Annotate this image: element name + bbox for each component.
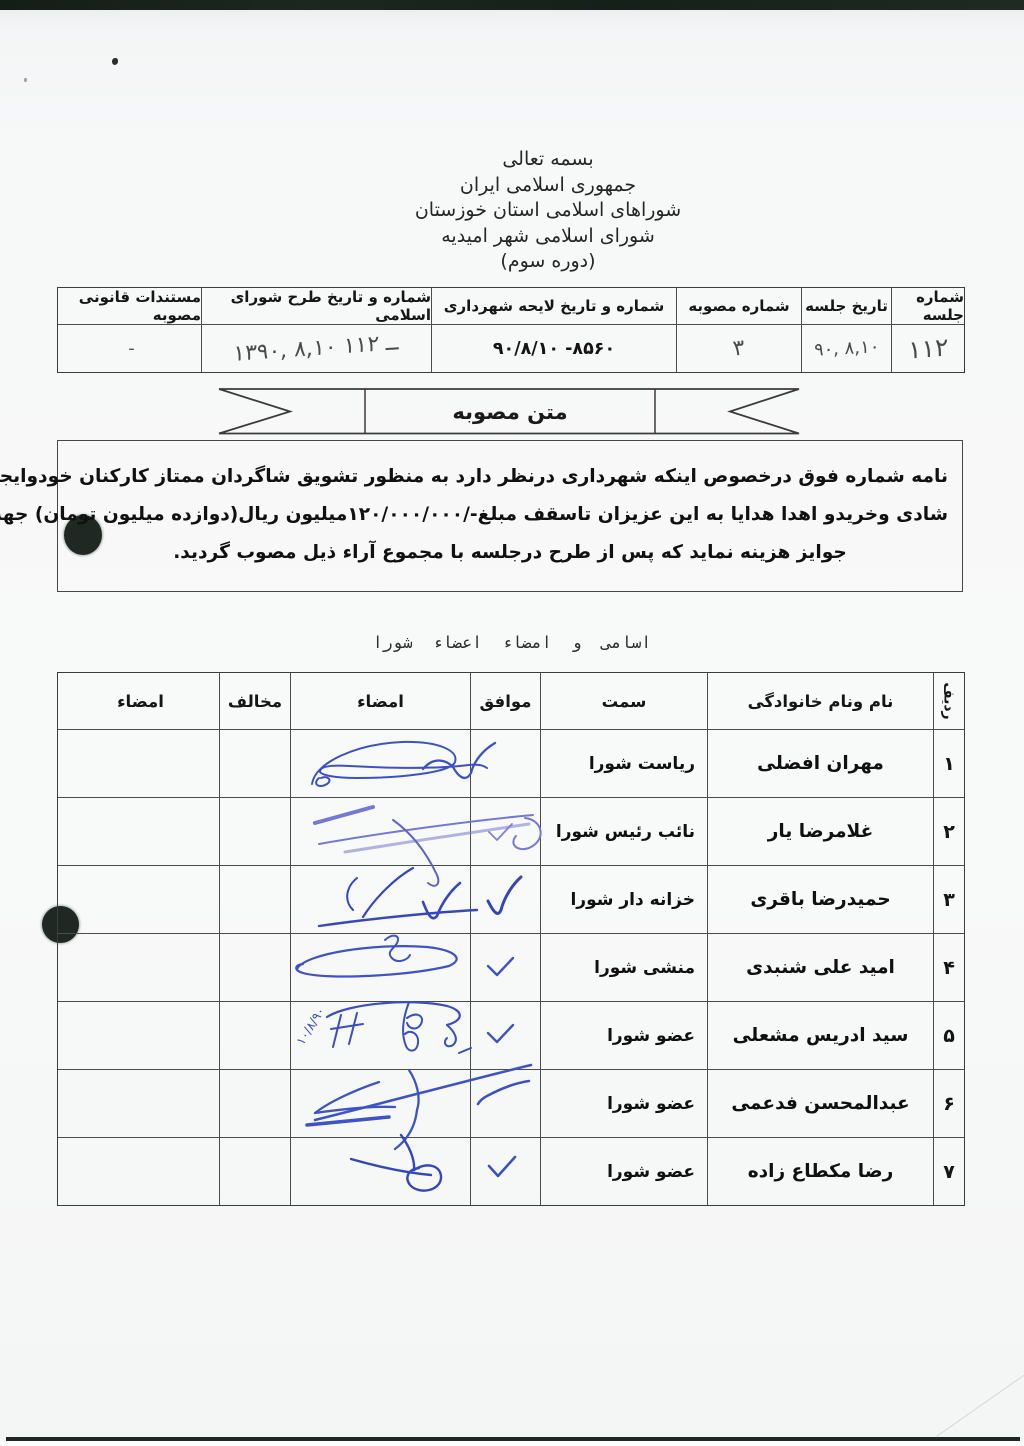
member-row-4: ۴ امید علی شنبدی منشی شورا xyxy=(58,933,964,1001)
value-resolution-no: ۳ xyxy=(731,335,746,361)
member-position: عضو شورا xyxy=(540,1070,707,1137)
agree-cell xyxy=(470,730,540,797)
letterhead-line-province-councils: شوراهای اسلامی استان خوزستان xyxy=(72,198,1024,224)
letterhead: بسمه تعالی جمهوری اسلامی ایران شوراهای ا… xyxy=(72,147,1024,275)
header-disagree: مخالف xyxy=(219,673,290,729)
signature-cell xyxy=(290,1002,470,1069)
letterhead-line-term: (دوره سوم) xyxy=(72,249,1024,275)
signature-cell xyxy=(290,866,470,933)
member-name: امید علی شنبدی xyxy=(707,934,933,1001)
disagree-cell xyxy=(219,1070,290,1137)
member-position: منشی شورا xyxy=(540,934,707,1001)
member-name: غلامرضا یار xyxy=(707,798,933,865)
agree-cell xyxy=(470,934,540,1001)
member-name: مهران افضلی xyxy=(707,730,933,797)
ink-speck xyxy=(112,58,118,65)
signature2-cell xyxy=(62,1070,219,1137)
paper-crease xyxy=(936,1368,1024,1438)
header-row-no-label: ردیف xyxy=(941,682,957,719)
signature-cell xyxy=(290,1138,470,1205)
member-name: سید ادریس مشعلی xyxy=(707,1002,933,1069)
session-info-header-row: شماره جلسه تاریخ جلسه شماره مصوبه شماره … xyxy=(58,288,964,325)
agree-cell xyxy=(470,798,540,865)
member-row-6: ۶ عبدالمحسن فدعمی عضو شورا xyxy=(58,1069,964,1137)
banner-title: متن مصوبه xyxy=(452,400,567,424)
resolution-banner-ribbon: متن مصوبه xyxy=(218,388,800,435)
header-municipality-bill: شماره و تاریخ لایحه شهرداری xyxy=(431,288,676,324)
disagree-cell xyxy=(219,934,290,1001)
session-info-table: شماره جلسه تاریخ جلسه شماره مصوبه شماره … xyxy=(57,287,965,373)
member-row-7: ۷ رضا مکطاع زاده عضو شورا xyxy=(58,1137,964,1205)
header-name: نام ونام خانوادگی xyxy=(707,673,933,729)
row-no: ۵ xyxy=(933,1002,964,1069)
disagree-cell xyxy=(219,798,290,865)
header-legal-docs: مستندات قانونی مصوبه xyxy=(62,288,201,324)
resolution-text-box: نامه شماره فوق درخصوص اینکه شهرداری درنظ… xyxy=(57,440,963,592)
agree-cell xyxy=(470,1002,540,1069)
member-row-5: ۵ سید ادریس مشعلی عضو شورا xyxy=(58,1001,964,1069)
member-position: خزانه دار شورا xyxy=(540,866,707,933)
scanner-bottom-margin xyxy=(0,1441,1024,1446)
signature2-cell xyxy=(62,1002,219,1069)
header-signature: امضاء xyxy=(290,673,470,729)
value-council-plan: ۱۳۹۰, ۸,۱۰ ــ ۱۱۲ xyxy=(233,330,400,367)
header-signature-2: امضاء xyxy=(62,673,219,729)
member-name: حمیدرضا باقری xyxy=(707,866,933,933)
signature-cell xyxy=(290,1070,470,1137)
scanned-document-page: { "document": { "header_lines": [ "بسمه … xyxy=(0,0,1024,1446)
signature-cell xyxy=(290,730,470,797)
header-session-no: شماره جلسه xyxy=(891,288,964,324)
signature2-cell xyxy=(62,730,219,797)
member-position: ریاست شورا xyxy=(540,730,707,797)
letterhead-line-city-council: شورای اسلامی شهر امیدیه xyxy=(72,224,1024,250)
members-table: ردیف نام ونام خانوادگی سمت موافق امضاء م… xyxy=(57,672,965,1206)
header-council-plan: شماره و تاریخ طرح شورای اسلامی xyxy=(201,288,431,324)
letterhead-line-republic: جمهوری اسلامی ایران xyxy=(72,173,1024,199)
member-row-1: ۱ مهران افضلی ریاست شورا xyxy=(58,729,964,797)
header-session-date: تاریخ جلسه xyxy=(801,288,891,324)
disagree-cell xyxy=(219,1138,290,1205)
member-row-2: ۲ غلامرضا یار نائب رئیس شورا xyxy=(58,797,964,865)
row-no: ۴ xyxy=(933,934,964,1001)
agree-cell xyxy=(470,866,540,933)
agree-cell xyxy=(470,1070,540,1137)
agree-cell xyxy=(470,1138,540,1205)
header-position: سمت xyxy=(540,673,707,729)
resolution-line-1: نامه شماره فوق درخصوص اینکه شهرداری درنظ… xyxy=(72,458,948,496)
scanner-top-edge xyxy=(0,0,1024,10)
signature2-cell xyxy=(62,798,219,865)
header-resolution-no: شماره مصوبه xyxy=(676,288,801,324)
value-municipality-bill: ۹۰/۸/۱۰ -۸۵۶۰ xyxy=(493,339,615,359)
member-name: رضا مکطاع زاده xyxy=(707,1138,933,1205)
member-position: عضو شورا xyxy=(540,1002,707,1069)
resolution-line-3: جوایز هزینه نماید که پس از طرح درجلسه با… xyxy=(72,534,948,572)
member-position: نائب رئیس شورا xyxy=(540,798,707,865)
value-legal-docs: - xyxy=(128,338,135,359)
row-no: ۳ xyxy=(933,866,964,933)
signature-cell xyxy=(290,934,470,1001)
signature-cell xyxy=(290,798,470,865)
dust-speck xyxy=(24,78,27,82)
signature2-cell xyxy=(62,1138,219,1205)
header-row-no: ردیف xyxy=(933,673,964,729)
members-section-title: اسامی و امضاء اعضاء شورا xyxy=(0,633,1024,652)
session-info-value-row: ۱۱۲ ۹۰, ۸,۱۰ ۳ ۹۰/۸/۱۰ -۸۵۶۰ ۱۳۹۰, ۸,۱۰ … xyxy=(58,325,964,372)
value-session-date: ۹۰, ۸,۱۰ xyxy=(814,336,880,360)
signature2-cell xyxy=(62,866,219,933)
value-session-no: ۱۱۲ xyxy=(908,332,948,365)
resolution-line-2: شادی وخریدو اهدا هدایا به این عزیزان تاس… xyxy=(72,496,948,534)
row-no: ۷ xyxy=(933,1138,964,1205)
disagree-cell xyxy=(219,730,290,797)
header-agree: موافق xyxy=(470,673,540,729)
member-position: عضو شورا xyxy=(540,1138,707,1205)
row-no: ۲ xyxy=(933,798,964,865)
members-header-row: ردیف نام ونام خانوادگی سمت موافق امضاء م… xyxy=(58,673,964,729)
member-row-3: ۳ حمیدرضا باقری خزانه دار شورا xyxy=(58,865,964,933)
letterhead-line-bismillah: بسمه تعالی xyxy=(72,147,1024,173)
disagree-cell xyxy=(219,866,290,933)
signature2-cell xyxy=(62,934,219,1001)
row-no: ۶ xyxy=(933,1070,964,1137)
disagree-cell xyxy=(219,1002,290,1069)
row-no: ۱ xyxy=(933,730,964,797)
member-name: عبدالمحسن فدعمی xyxy=(707,1070,933,1137)
